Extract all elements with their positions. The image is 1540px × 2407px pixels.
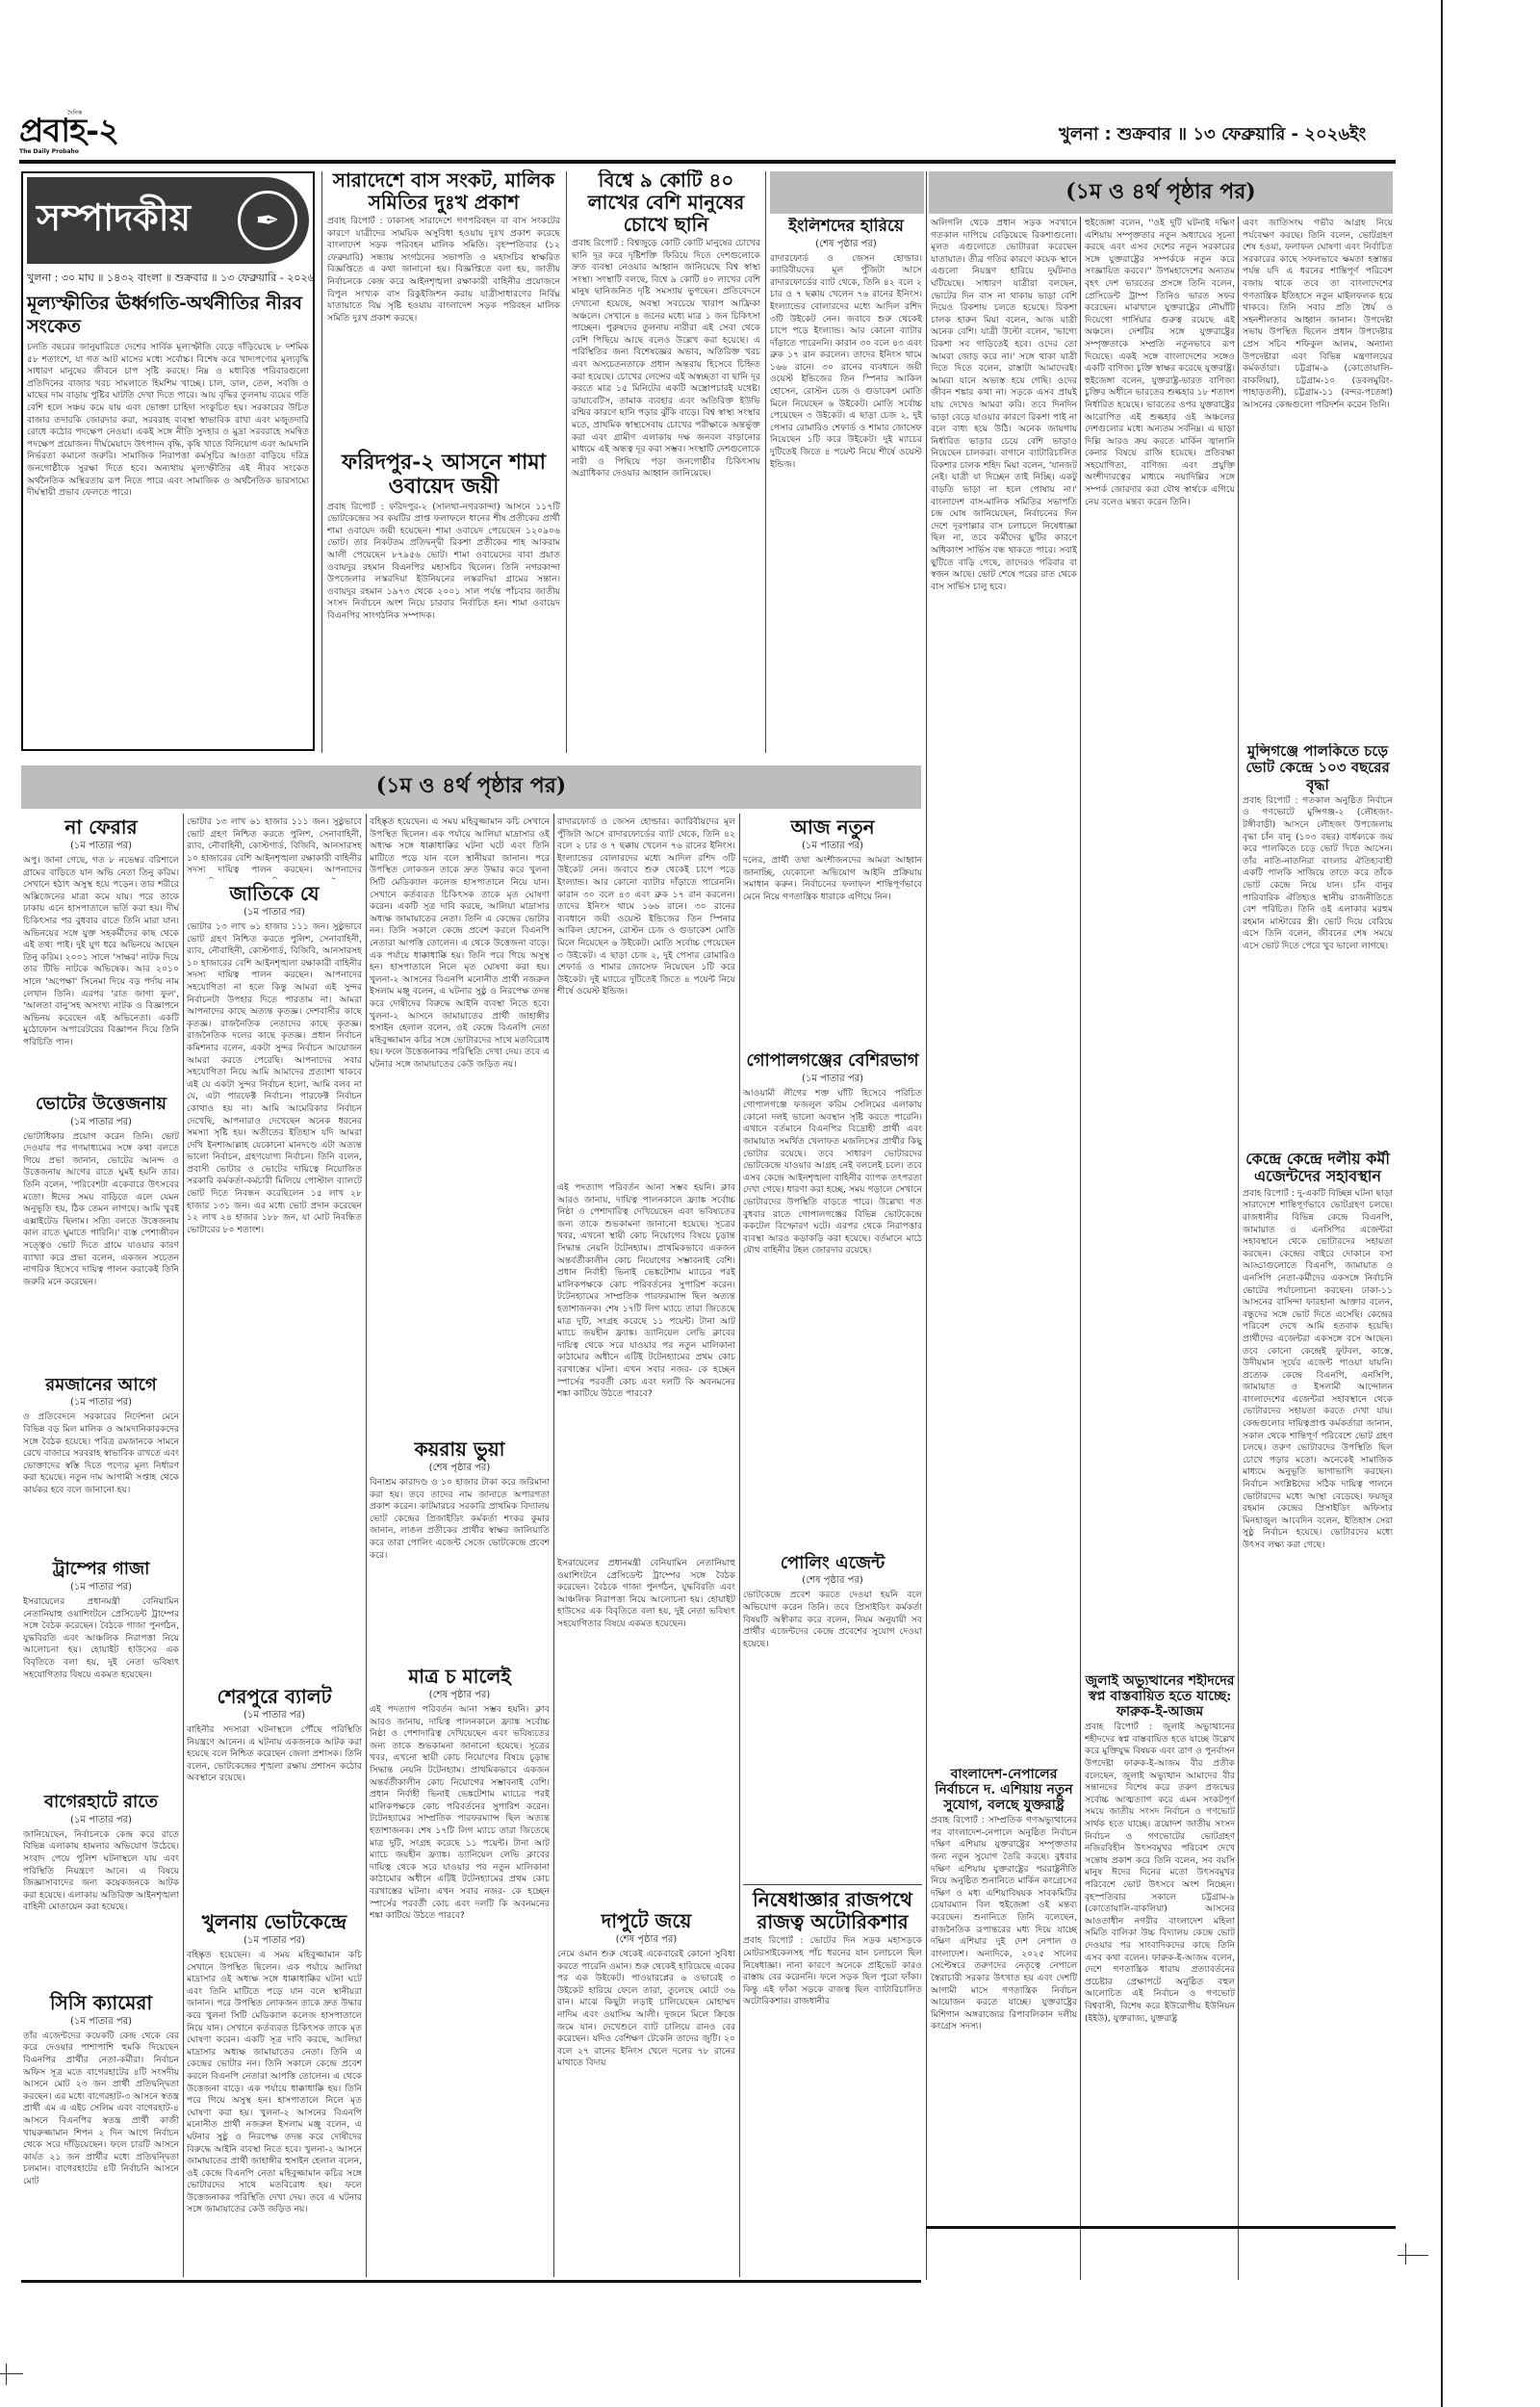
body-gopalganj: আওয়ামী লীগের শক্ত ঘাঁটি হিসেবে পরিচিত গ… — [743, 1088, 922, 1550]
headline-agents: কেন্দ্রে কেন্দ্রে দলীয় কর্মী এজেন্টদের … — [1243, 1151, 1393, 1186]
body-dominant-win: নেমে ওমান শুরু থেকেই একেবারেই কোনো সুবিধ… — [557, 1949, 735, 2266]
continued-label: (১ম পাতার পর) — [23, 1580, 179, 1596]
registration-mark — [1405, 2243, 1406, 2265]
page-frame-right — [1441, 0, 1443, 2407]
article-column: মুন্সিগঞ্জে পালকিতে চড়ে ভোট কেন্দ্রে ১০… — [1243, 743, 1393, 1148]
body-july: প্রবাহ রিপোর্ট : জুলাই অভ্যুত্থানের শহীদ… — [1085, 1721, 1235, 2278]
logo-tag: দৈনিক — [67, 108, 82, 118]
body-na-pherar: অপু। জানা গেছে, গত ৮ নভেম্বর বরিশালে গ্র… — [23, 855, 179, 1091]
body-bagerhat: জানিয়েছেন, নির্বাচনকে কেন্দ্র করে রাতে … — [23, 1829, 179, 1988]
headline-vote-excitement: ভোটের উত্তেজনায় — [23, 1095, 179, 1115]
headline-july: জুলাই অভ্যুত্থানের শহীদদের স্বপ্ন বাস্তব… — [1085, 1673, 1235, 1720]
headline-palanquin: মুন্সিগঞ্জে পালকিতে চড়ে ভোট কেন্দ্রে ১০… — [1243, 743, 1393, 793]
headline-bagerhat: বাগেরহাটে রাতে — [23, 1793, 179, 1813]
body-huizenga: হুইজেঙ্গা বলেন, ''ওই দুটি ঘটনাই দক্ষিণ এ… — [1085, 218, 1235, 1667]
continued-label: (১ম পাতার পর) — [187, 1708, 362, 1724]
logo-word: প্রবাহ-২ — [19, 114, 135, 148]
headline-ramadan: রমজানের আগে — [23, 1376, 179, 1396]
article-column: ভোটার ১৩ লাখ ৬১ হাজার ১১১ জন। সুষ্ঠুভাবে… — [187, 816, 362, 2275]
continued-label: (১ম পাতার পর) — [23, 1115, 179, 1131]
headline-cataract: বিশ্বে ৯ কোটি ৪০ লাখের বেশি মানুষের চোখে… — [572, 169, 760, 236]
continued-label: (শেষ পৃষ্ঠার পর) — [370, 1688, 550, 1704]
body-tottenham-cont: এই পদত্যাগ পরিবর্তন আনা সম্ভব হয়নি। ক্ল… — [557, 1182, 735, 1558]
column-divider — [1238, 217, 1239, 2280]
continued-label: (১ম পাতার পর) — [23, 1813, 179, 1829]
body-nation: ভোটার ১৩ লাখ ৬১ হাজার ১১১ জন। সুষ্ঠুভাবে… — [187, 921, 362, 1682]
body-khulna: বহিষ্কৃত হয়েছেন। এ সময় মহিবুজ্জামান কচ… — [187, 1950, 362, 2239]
body-today-new: দলের, প্রার্থী তথা অংশীজনদের আমরা আহ্বান… — [743, 855, 922, 1048]
headline-polling-agent: পোলিং এজেন্ট — [743, 1554, 922, 1574]
article-column: না ফেরার (১ম পাতার পর) অপু। জানা গেছে, গ… — [23, 816, 179, 2275]
headline-cc-camera: সিসি ক্যামেরা — [23, 1992, 179, 2014]
masthead-logo: দৈনিক প্রবাহ-২ The Daily Probaho — [19, 114, 135, 162]
continued-label: (১ম পাতার পর) — [187, 905, 362, 921]
body-trump-gaza: ইসরায়েলের প্রধানমন্ত্রী বেনিয়ামিন নেতা… — [23, 1596, 179, 1789]
body-polling-agent: ভোটকেন্দ্রে প্রবেশ করতে দেওয়া হয়নি বলে… — [743, 1590, 922, 1878]
editorial-body: চলতি বছরের জানুয়ারিতে দেশের সার্বিক মূল… — [27, 342, 309, 751]
editorial-box: সম্পাদকীয় ✒ খুলনা : ৩০ মাঘ ॥ ১৪৩২ বাংলা… — [21, 171, 315, 751]
headline-koyra: কয়রায় ভুয়া — [370, 1438, 550, 1461]
registration-mark — [1398, 2255, 1428, 2256]
article-column: বিশ্বে ৯ কোটি ৪০ লাখের বেশি মানুষের চোখে… — [572, 169, 760, 753]
article-column: আজ নতুন (১ম পাতার পর) দলের, প্রার্থী তথা… — [743, 816, 922, 2275]
headline-autorickshaw: নিষেধাজ্ঞার রাজপথে রাজত্ব অটোরিকশার — [743, 1884, 922, 1933]
header-rule — [19, 160, 1396, 164]
editorial-title: সম্পাদকীয় — [37, 190, 191, 251]
headline-sherpur: শেরপুরে ব্যালট — [187, 1686, 362, 1708]
column-divider — [553, 814, 554, 2277]
body-england-cont: রাদারফোর্ড ও জেসন হোল্ডার। ক্যারিবীয়দের… — [557, 816, 735, 1182]
headline-trump-gaza: ট্রাম্পের গাজা — [23, 1560, 179, 1580]
body-koyra: বিনাশ্রম কারাদণ্ড ও ১০ হাজার টাকা করে জর… — [370, 1477, 550, 1660]
column-divider — [183, 814, 184, 2277]
headline-faridpur: ফরিদপুর-২ আসনে শামা ওবায়েদ জয়ী — [327, 451, 560, 500]
body-faridpur: প্রবাহ রিপোর্ট : ফরিদপুর-২ (সালথা-নগরকান… — [327, 502, 560, 752]
article-column: ইংলিশদের হারিয়ে (শেষ পৃষ্ঠার পর) রাদারফ… — [770, 218, 922, 753]
continued-label: (১ম পাতার পর) — [743, 839, 922, 855]
headline-gopalganj: গোপালগঞ্জের বেশিরভাগ — [743, 1051, 922, 1072]
column-divider — [566, 171, 567, 753]
column-divider — [765, 171, 766, 753]
body-bus-crisis: প্রবাহ রিপোর্ট : ঢাকাসহ সারাদেশে গণপরিবহ… — [327, 216, 560, 447]
column-divider — [1080, 217, 1081, 2280]
article-column: অলিগলি থেকে প্রধান সড়ক সবখানে গতকাল দাপ… — [931, 218, 1077, 1748]
continued-label: (১ম পাতার পর) — [23, 1395, 179, 1411]
article-column: বাংলাদেশ-নেপালের নির্বাচনে দ. এশিয়ায় ন… — [931, 1767, 1077, 2277]
headline-nepal: বাংলাদেশ-নেপালের নির্বাচনে দ. এশিয়ায় ন… — [931, 1767, 1077, 1813]
headline-tottenham: মাত্র চ মালেই — [370, 1666, 550, 1688]
column-divider — [321, 171, 322, 753]
footer-rule — [926, 2226, 1396, 2229]
editorial-date: খুলনা : ৩০ মাঘ ॥ ১৪৩২ বাংলা ॥ শুক্রবার ॥… — [27, 270, 309, 288]
fountain-pen-icon: ✒ — [238, 191, 297, 250]
registration-mark — [0, 2373, 23, 2374]
headline-today-new: আজ নতুন — [743, 816, 922, 839]
headline-khulna: খুলনায় ভোটকেন্দ্রে — [187, 1911, 362, 1933]
body-nepal: প্রবাহ রিপোর্ট : সাম্প্রতিক গণঅভ্যুত্থান… — [931, 1815, 1077, 2277]
column-divider — [739, 814, 740, 2277]
headline-bus-crisis: সারাদেশে বাস সংকট, মালিক সমিতির দুঃখ প্র… — [327, 169, 560, 214]
continued-band-lower: (১ম ও ৪র্থ পৃষ্ঠার পর) — [21, 765, 921, 809]
continued-label: (শেষ পৃষ্ঠার পর) — [370, 1461, 550, 1477]
headline-na-pherar: না ফেরার — [23, 816, 179, 839]
body-agents: প্রবাহ রিপোর্ট : দু-একটি বিচ্ছিন্ন ঘটনা … — [1243, 1188, 1393, 2262]
article-column: বহিষ্কৃত হয়েছেন। এ সময় মহিবুজ্জামান কচ… — [370, 816, 550, 2275]
article-column: এবং জাতিসংঘ গভীর আগ্রহ নিয়ে পর্যবেক্ষণ … — [1243, 218, 1393, 742]
editorial-banner: সম্পাদকীয় ✒ — [27, 177, 309, 264]
header-date: খুলনা : শুক্রবার ॥ ১৩ ফেব্রুয়ারি - ২০২৬… — [1059, 120, 1366, 150]
continued-label: (শেষ পৃষ্ঠার পর) — [743, 1573, 922, 1590]
body-autorickshaw: প্রবাহ রিপোর্ট : ভোটের দিন সড়ক মহাসড়কে… — [743, 1935, 922, 2080]
body-rickshaw: অলিগলি থেকে প্রধান সড়ক সবখানে গতকাল দাপ… — [931, 218, 1077, 1744]
body-cc-camera: তাঁর এজেন্টদের কয়েকটি কেন্দ্র থেকে বের … — [23, 2031, 179, 2223]
continued-label: (১ম পাতার পর) — [187, 1933, 362, 1950]
body-un: এবং জাতিসংঘ গভীর আগ্রহ নিয়ে পর্যবেক্ষণ … — [1243, 218, 1393, 738]
headline-nation: জাতিকে যে — [187, 883, 362, 905]
body-tottenham: এই পদত্যাগ পরিবর্তন আনা সম্ভব হয়নি। ক্ল… — [370, 1704, 550, 2224]
body-england: রাদারফোর্ড ও জেসন হোল্ডার। ক্যারিবীয়দের… — [770, 253, 922, 735]
continued-label: (শেষ পৃষ্ঠার পর) — [557, 1932, 735, 1949]
column-divider — [926, 171, 927, 2280]
body-palanquin: প্রবাহ রিপোর্ট : গতকাল অনুষ্ঠিত নির্বাচন… — [1243, 795, 1393, 1142]
body-vote-excitement: ভোটাধিকার প্রয়োগ করেন তিনি। ভোট দেওয়ার… — [23, 1131, 179, 1372]
article-column: রাদারফোর্ড ও জেসন হোল্ডার। ক্যারিবীয়দের… — [557, 816, 735, 2275]
body-prev-cont: ভোটার ১৩ লাখ ৬১ হাজার ১১১ জন। সুষ্ঠুভাবে… — [187, 816, 362, 879]
footer-rule — [21, 2280, 921, 2283]
body-khulna-cont: বহিষ্কৃত হয়েছেন। এ সময় মহিবুজ্জামান কচ… — [370, 816, 550, 1433]
article-column: কেন্দ্রে কেন্দ্রে দলীয় কর্মী এজেন্টদের … — [1243, 1151, 1393, 2277]
body-cataract: প্রবাহ রিপোর্ট : বিশ্বজুড়ে কোটি কোটি মা… — [572, 238, 760, 753]
registration-mark — [6, 2364, 7, 2385]
article-column: সারাদেশে বাস সংকট, মালিক সমিতির দুঃখ প্র… — [327, 169, 560, 753]
continued-label: (শেষ পৃষ্ঠার পর) — [770, 237, 922, 253]
article-column: হুইজেঙ্গা বলেন, ''ওই দুটি ঘটনাই দক্ষিণ এ… — [1085, 218, 1235, 1671]
continued-band: (১ম ও ৪র্থ পৃষ্ঠার পর) — [929, 171, 1393, 214]
editorial-headline: মূল্যস্ফীতির ঊর্ধ্বগতি-অর্থনীতির নীরব সং… — [27, 292, 309, 338]
continued-label: (১ম পাতার পর) — [743, 1072, 922, 1088]
body-ramadan: ও প্রতিবেদনে সরকারের নির্দেশনা মেনে বিভি… — [23, 1411, 179, 1556]
gray-band — [770, 171, 924, 214]
headline-dominant-win: দাপুটে জয়ে — [557, 1910, 735, 1932]
body-sherpur: বাহিনীর সদস্যরা ঘটনাস্থলে পৌঁছে পরিস্থিত… — [187, 1724, 362, 1907]
headline-england: ইংলিশদের হারিয়ে — [770, 218, 922, 237]
continued-label: (১ম পাতার পর) — [23, 839, 179, 855]
column-divider — [366, 814, 367, 2277]
body-gaza-cont: ইসরায়েলের প্রধানমন্ত্রী বেনিয়ামিন নেতা… — [557, 1558, 735, 1904]
continued-label: (১ম পাতার পর) — [23, 2014, 179, 2031]
article-column: জুলাই অভ্যুত্থানের শহীদদের স্বপ্ন বাস্তব… — [1085, 1673, 1235, 2278]
